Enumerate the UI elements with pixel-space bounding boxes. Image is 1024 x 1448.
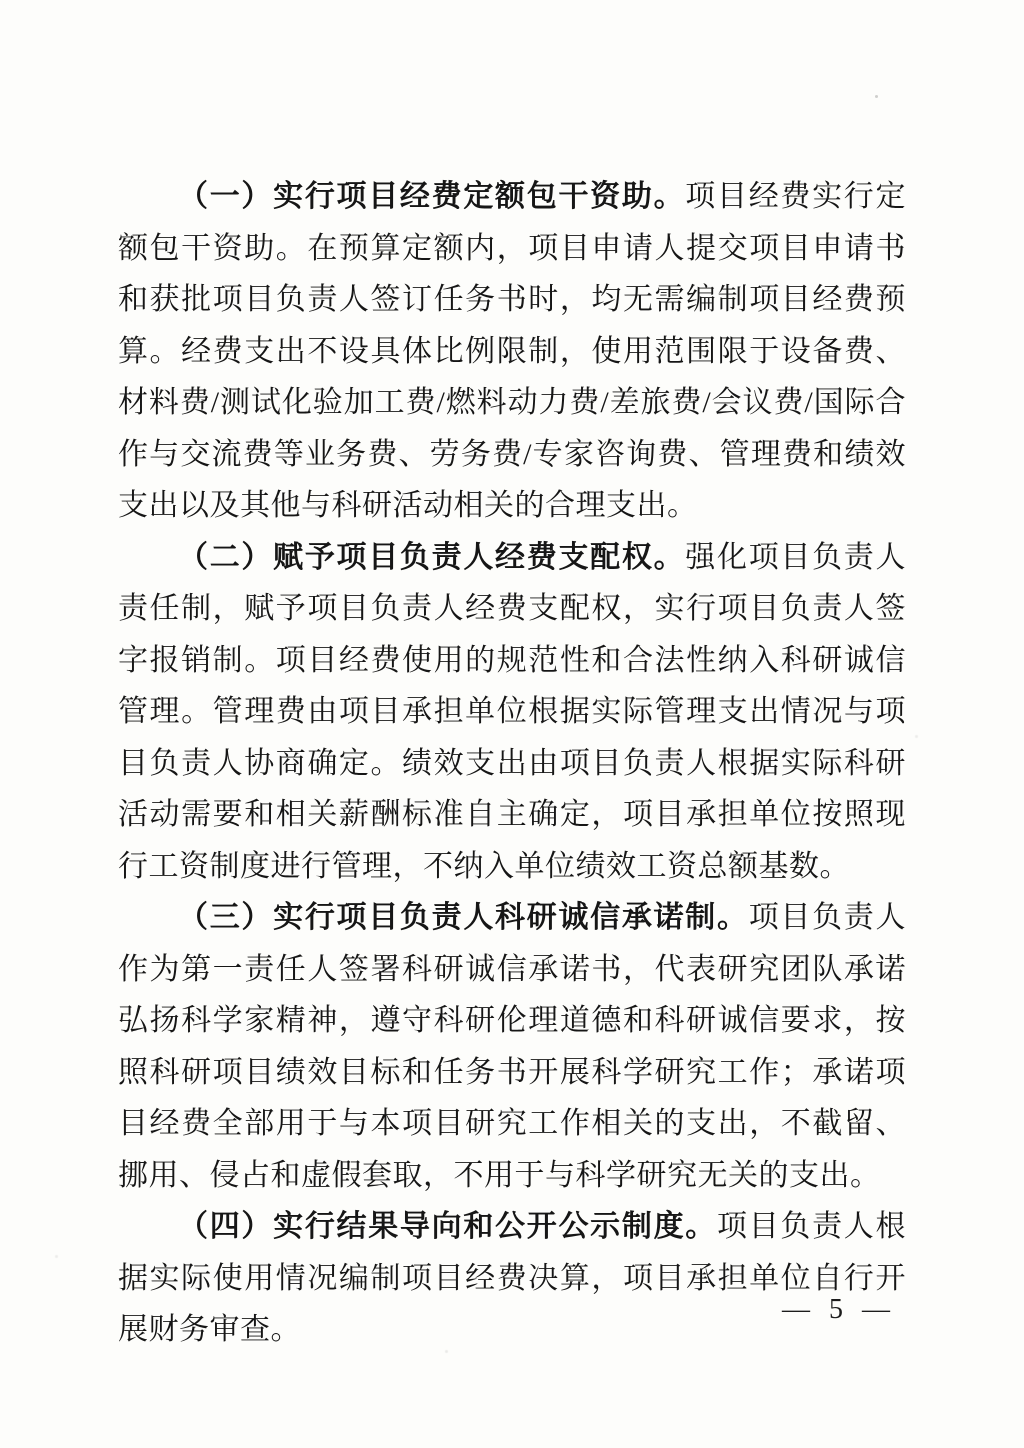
paragraph-2-text: 强化项目负责人责任制，赋予项目负责人经费支配权，实行项目负责人签字报销制。项目经… — [118, 541, 906, 883]
paragraph-3: （三）实行项目负责人科研诚信承诺制。项目负责人作为第一责任人签署科研诚信承诺书，… — [118, 892, 906, 1201]
paragraph-1-lead: （一）实行项目经费定额包干资助。 — [178, 180, 685, 213]
document-body: （一）实行项目经费定额包干资助。项目经费实行定额包干资助。在预算定额内，项目申请… — [118, 171, 906, 1356]
paragraph-3-lead: （三）实行项目负责人科研诚信承诺制。 — [178, 901, 749, 934]
scanned-document-page: （一）实行项目经费定额包干资助。项目经费实行定额包干资助。在预算定额内，项目申请… — [0, 0, 1024, 1448]
page-number: — 5 — — [782, 1294, 896, 1326]
paragraph-3-text: 项目负责人作为第一责任人签署科研诚信承诺书，代表研究团队承诺弘扬科学家精神，遵守… — [118, 901, 906, 1192]
paragraph-4-lead: （四）实行结果导向和公开公示制度。 — [178, 1210, 717, 1243]
paragraph-2: （二）赋予项目负责人经费支配权。强化项目负责人责任制，赋予项目负责人经费支配权，… — [118, 532, 906, 893]
paragraph-4: （四）实行结果导向和公开公示制度。项目负责人根据实际使用情况编制项目经费决算，项… — [118, 1201, 906, 1356]
paragraph-1-text: 项目经费实行定额包干资助。在预算定额内，项目申请人提交项目申请书和获批项目负责人… — [118, 180, 906, 522]
paragraph-2-lead: （二）赋予项目负责人经费支配权。 — [178, 541, 685, 574]
paragraph-1: （一）实行项目经费定额包干资助。项目经费实行定额包干资助。在预算定额内，项目申请… — [118, 171, 906, 532]
